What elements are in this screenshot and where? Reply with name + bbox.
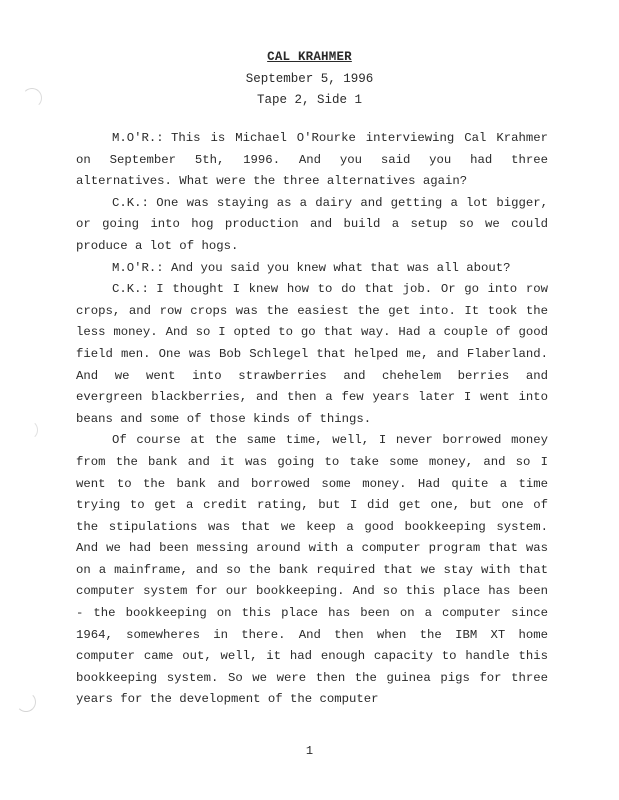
punch-hole-mark	[18, 420, 38, 440]
document-page: CAL KRAHMER September 5, 1996 Tape 2, Si…	[0, 0, 619, 800]
punch-hole-mark	[16, 692, 36, 712]
transcript-body: M.O'R.:This is Michael O'Rourke intervie…	[76, 128, 548, 711]
transcript-paragraph: Of course at the same time, well, I neve…	[76, 430, 548, 711]
transcript-paragraph: M.O'R.:This is Michael O'Rourke intervie…	[76, 128, 548, 193]
speaker-label: C.K.:	[112, 282, 149, 296]
transcript-paragraph: M.O'R.:And you said you knew what that w…	[76, 258, 548, 280]
speaker-label: M.O'R.:	[112, 131, 164, 145]
paragraph-text: And you said you knew what that was all …	[171, 261, 510, 275]
speaker-label: M.O'R.:	[112, 261, 164, 275]
interview-date: September 5, 1996	[0, 69, 619, 91]
transcript-paragraph: C.K.:I thought I knew how to do that job…	[76, 279, 548, 430]
paragraph-text: Of course at the same time, well, I neve…	[76, 433, 548, 706]
speaker-label: C.K.:	[112, 196, 149, 210]
document-header: CAL KRAHMER September 5, 1996 Tape 2, Si…	[0, 47, 619, 112]
document-title: CAL KRAHMER	[267, 50, 352, 64]
transcript-paragraph: C.K.:One was staying as a dairy and gett…	[76, 193, 548, 258]
tape-label: Tape 2, Side 1	[0, 90, 619, 112]
page-number: 1	[0, 744, 619, 758]
paragraph-text: I thought I knew how to do that job. Or …	[76, 282, 548, 426]
